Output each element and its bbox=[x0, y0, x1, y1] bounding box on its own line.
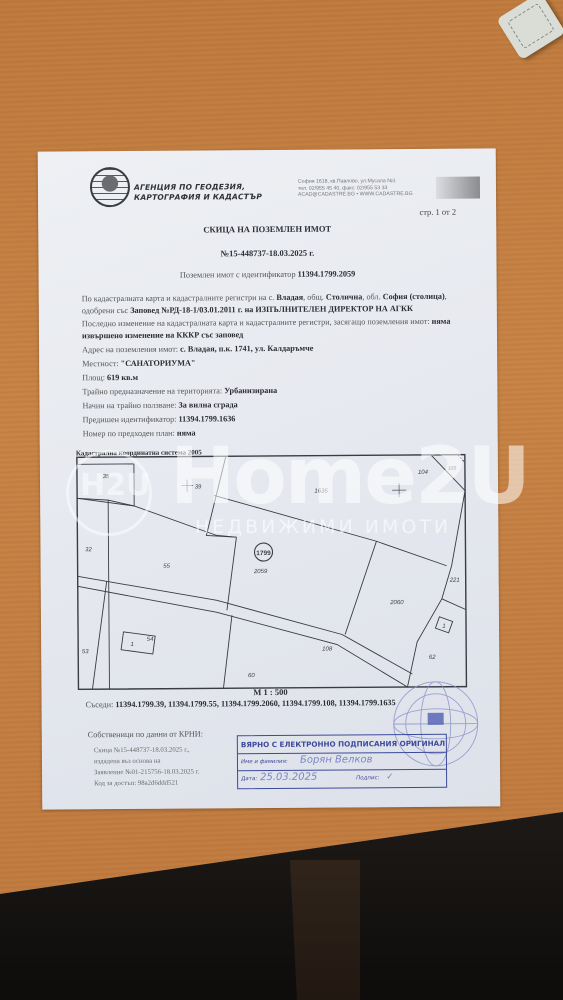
svg-text:104: 104 bbox=[418, 470, 429, 476]
previous-plan-row: Номер по предходен план: няма bbox=[83, 426, 473, 440]
svg-text:39: 39 bbox=[195, 484, 202, 490]
stamp-header: ВЯРНО С ЕЛЕКТРОННО ПОДПИСАНИЯ ОРИГИНАЛ bbox=[238, 735, 446, 754]
owners-label: Собственици по данни от КРНИ: bbox=[88, 729, 203, 739]
locality-row: Местност: "САНАТОРИУМА" bbox=[82, 356, 472, 370]
svg-text:108: 108 bbox=[322, 647, 333, 653]
cadastral-sketch-document: АГЕНЦИЯ ПО ГЕОДЕЗИЯ, КАРТОГРАФИЯ И КАДАС… bbox=[38, 148, 501, 809]
handwritten-date: 25.03.2025 bbox=[260, 770, 317, 786]
svg-text:105: 105 bbox=[448, 466, 457, 472]
svg-text:221: 221 bbox=[449, 578, 460, 584]
chair-leg bbox=[290, 860, 360, 1000]
globe-logo-icon bbox=[90, 167, 130, 207]
purpose-row: Трайно предназначение на територията: Ур… bbox=[82, 384, 472, 398]
last-change: Последно изменение на кадастралната карт… bbox=[82, 316, 472, 342]
svg-text:1: 1 bbox=[130, 642, 133, 648]
svg-text:35: 35 bbox=[103, 474, 110, 480]
document-header: АГЕНЦИЯ ПО ГЕОДЕЗИЯ, КАРТОГРАФИЯ И КАДАС… bbox=[88, 163, 468, 216]
svg-text:1635: 1635 bbox=[314, 489, 328, 495]
svg-text:2059: 2059 bbox=[253, 569, 268, 575]
header-gradient-bar bbox=[436, 177, 480, 199]
stamp-date-line: Дата: 25.03.2025 Подпис: ✓ bbox=[238, 770, 446, 787]
area-row: Площ: 619 кв.м bbox=[82, 370, 472, 384]
signature: ✓ bbox=[386, 769, 394, 785]
certified-copy-stamp: ВЯРНО С ЕЛЕКТРОННО ПОДПИСАНИЯ ОРИГИНАЛ И… bbox=[237, 734, 447, 789]
previous-id-row: Предишен идентификатор: 11394.1799.1636 bbox=[83, 412, 473, 426]
neighbors: Съседи: 11394.1799.39, 11394.1799.55, 11… bbox=[86, 698, 396, 709]
parcel-identifier: Поземлен имот с идентификатор 11394.1799… bbox=[39, 268, 497, 280]
page-number: стр. 1 от 2 bbox=[419, 207, 456, 217]
svg-text:1: 1 bbox=[442, 624, 445, 630]
usage-row: Начин на трайно ползване: За вилна сград… bbox=[82, 398, 472, 412]
agency-contact: София 1618, кв.Павлово, ул.Мусала №1 тел… bbox=[298, 178, 413, 198]
parcel-details: По кадастралната карта и кадастралните р… bbox=[82, 291, 473, 441]
svg-text:55: 55 bbox=[163, 564, 170, 570]
document-number: №15-448737-18.03.2025 г. bbox=[38, 246, 496, 259]
svg-text:32: 32 bbox=[85, 547, 92, 553]
svg-text:53: 53 bbox=[82, 649, 89, 655]
svg-text:54: 54 bbox=[147, 637, 154, 643]
svg-text:60: 60 bbox=[248, 673, 255, 679]
issue-info: Скица №15-448737-18.03.2025 г., издадена… bbox=[94, 744, 200, 789]
cadastre-statement: По кадастралната карта и кадастралните р… bbox=[82, 291, 472, 317]
document-title: СКИЦА НА ПОЗЕМЛЕН ИМОТ bbox=[38, 222, 496, 235]
agency-name: АГЕНЦИЯ ПО ГЕОДЕЗИЯ, КАРТОГРАФИЯ И КАДАС… bbox=[134, 182, 262, 203]
cadastral-map: 35 39 1635 104 105 32 55 2059 221 2060 5… bbox=[76, 454, 468, 691]
address-row: Адрес на поземления имот: с. Владая, п.к… bbox=[82, 341, 472, 355]
svg-text:62: 62 bbox=[429, 655, 436, 661]
handwritten-name: Борян Велков bbox=[300, 752, 373, 769]
svg-text:2060: 2060 bbox=[389, 600, 404, 606]
svg-text:1799: 1799 bbox=[256, 550, 271, 557]
stamp-name-line: Име и фамилия: Борян Велков bbox=[238, 753, 446, 771]
